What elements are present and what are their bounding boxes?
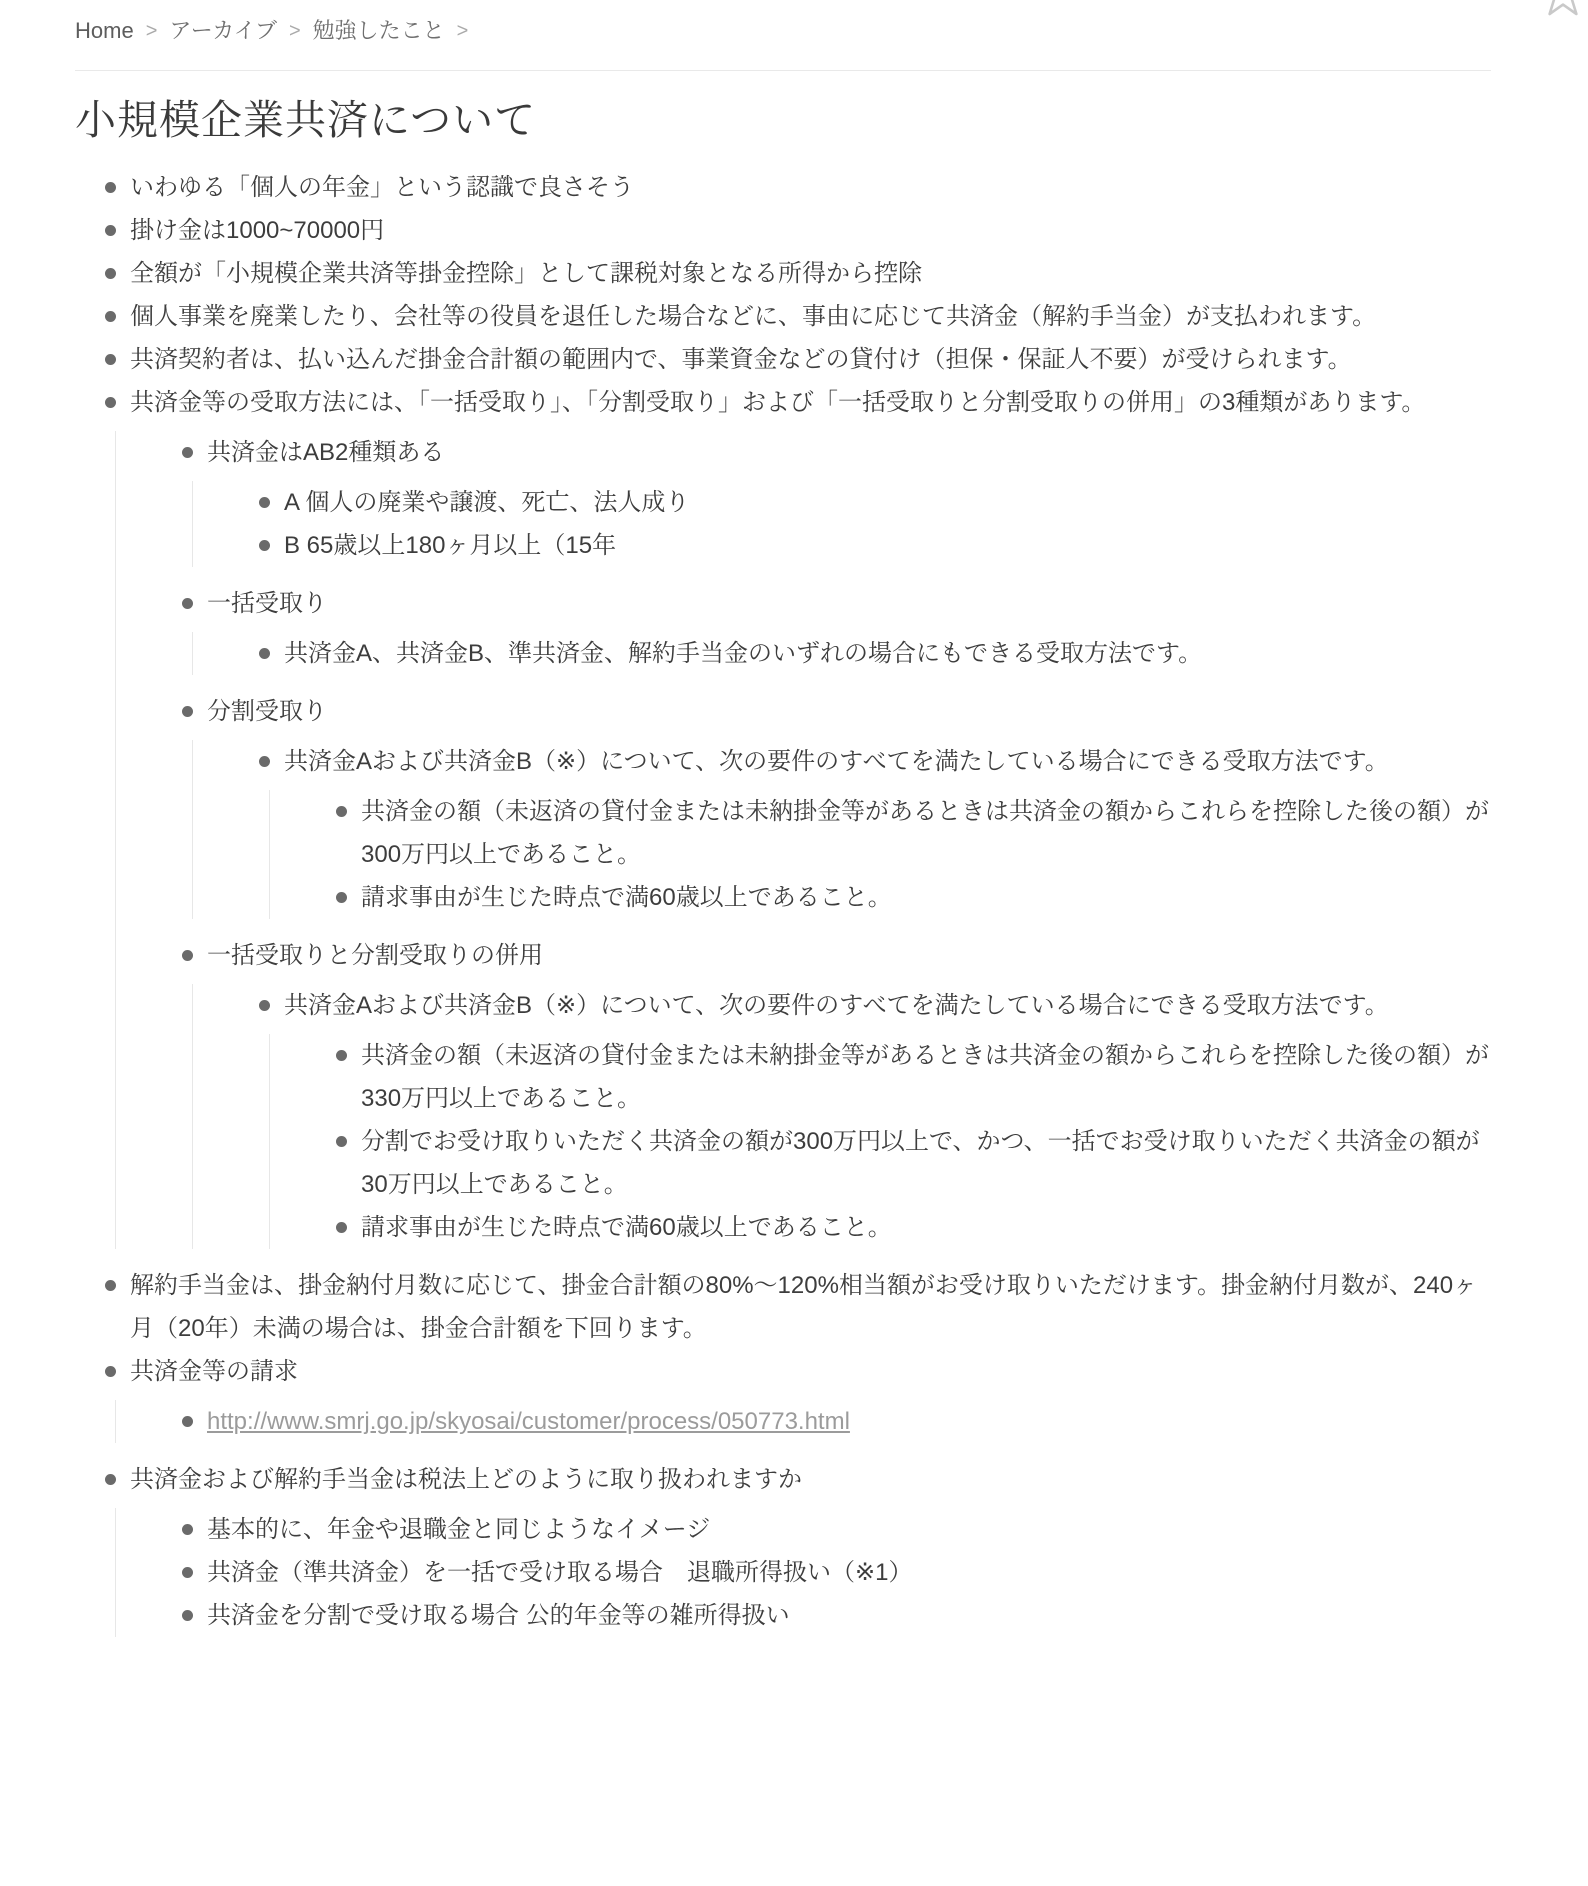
list-item: 掛け金は1000~70000円: [105, 209, 1491, 252]
list-item: http://www.smrj.go.jp/skyosai/customer/p…: [182, 1400, 1491, 1443]
breadcrumb-item-home[interactable]: Home: [75, 18, 134, 44]
list-item-text: 共済金の額（未返済の貸付金または未納掛金等があるときは共済金の額からこれらを控除…: [361, 1042, 1489, 1112]
list-item-text: 共済金A、共済金B、準共済金、解約手当金のいずれの場合にもできる受取方法です。: [284, 640, 1202, 667]
outline-sublist: 共済金A、共済金B、準共済金、解約手当金のいずれの場合にもできる受取方法です。: [192, 632, 1491, 675]
list-item: 分割受取り 共済金Aおよび共済金B（※）について、次の要件のすべてを満たしている…: [182, 690, 1491, 919]
list-item: 共済金の額（未返済の貸付金または未納掛金等があるときは共済金の額からこれらを控除…: [336, 1034, 1491, 1120]
list-item-text: 全額が「小規模企業共済等掛金控除」として課税対象となる所得から控除: [130, 260, 922, 287]
list-item: 共済金Aおよび共済金B（※）について、次の要件のすべてを満たしている場合にできる…: [259, 984, 1491, 1249]
bullet-icon: [259, 648, 270, 659]
list-item-text: 共済金および解約手当金は税法上どのように取り扱われますか: [130, 1466, 802, 1493]
list-item-text: 分割受取り: [207, 698, 327, 725]
bullet-icon: [182, 1610, 193, 1621]
bullet-icon: [336, 1222, 347, 1233]
bullet-icon: [105, 225, 116, 236]
breadcrumb-divider: [75, 70, 1491, 71]
bullet-icon: [105, 1474, 116, 1485]
list-item: 分割でお受け取りいただく共済金の額が300万円以上で、かつ、一括でお受け取りいた…: [336, 1120, 1491, 1206]
bullet-icon: [105, 182, 116, 193]
list-item-text: 共済金Aおよび共済金B（※）について、次の要件のすべてを満たしている場合にできる…: [284, 748, 1389, 775]
list-item-text: 個人事業を廃業したり、会社等の役員を退任した場合などに、事由に応じて共済金（解約…: [130, 303, 1376, 330]
bullet-icon: [182, 598, 193, 609]
list-item-text: 共済金はAB2種類ある: [207, 439, 444, 466]
list-item: 共済金等の請求 http://www.smrj.go.jp/skyosai/cu…: [105, 1350, 1491, 1443]
list-item-text: 共済金（準共済金）を一括で受け取る場合 退職所得扱い（※1）: [207, 1559, 912, 1586]
list-item-text: 共済金等の受取方法には、「一括受取り」、「分割受取り」および「一括受取りと分割受…: [130, 389, 1425, 416]
list-item: 共済金Aおよび共済金B（※）について、次の要件のすべてを満たしている場合にできる…: [259, 740, 1491, 919]
bullet-icon: [259, 497, 270, 508]
list-item: 一括受取りと分割受取りの併用 共済金Aおよび共済金B（※）について、次の要件のす…: [182, 934, 1491, 1249]
list-item-text: いわゆる「個人の年金」という認識で良さそう: [130, 174, 634, 201]
document-body: 小規模企業共済について いわゆる「個人の年金」という認識で良さそう 掛け金は10…: [0, 95, 1588, 1637]
bullet-icon: [105, 268, 116, 279]
list-item: 共済金等の受取方法には、「一括受取り」、「分割受取り」および「一括受取りと分割受…: [105, 381, 1491, 1249]
list-item: 共済金を分割で受け取る場合 公的年金等の雑所得扱い: [182, 1594, 1491, 1637]
outline-sublist: 共済金Aおよび共済金B（※）について、次の要件のすべてを満たしている場合にできる…: [192, 984, 1491, 1249]
list-item: 共済金および解約手当金は税法上どのように取り扱われますか 基本的に、年金や退職金…: [105, 1458, 1491, 1637]
bullet-icon: [182, 1567, 193, 1578]
bullet-icon: [182, 706, 193, 717]
list-item-text: 共済金を分割で受け取る場合 公的年金等の雑所得扱い: [207, 1602, 790, 1629]
breadcrumb: Home > アーカイブ > 勉強したこと >: [75, 18, 1491, 44]
list-item: 共済金の額（未返済の貸付金または未納掛金等があるときは共済金の額からこれらを控除…: [336, 790, 1491, 876]
note-page: { "colors": { "text": "#3d3d3d", "title"…: [0, 0, 1588, 1886]
list-item-text: 基本的に、年金や退職金と同じようなイメージ: [207, 1516, 710, 1543]
outline-sublist: 共済金の額（未返済の貸付金または未納掛金等があるときは共済金の額からこれらを控除…: [269, 790, 1491, 919]
bullet-icon: [182, 447, 193, 458]
outline-sublist: 基本的に、年金や退職金と同じようなイメージ 共済金（準共済金）を一括で受け取る場…: [115, 1508, 1491, 1637]
list-item: 基本的に、年金や退職金と同じようなイメージ: [182, 1508, 1491, 1551]
breadcrumb-item-studied[interactable]: 勉強したこと: [313, 18, 445, 44]
bullet-icon: [182, 1416, 193, 1427]
bullet-icon: [105, 397, 116, 408]
bullet-icon: [259, 756, 270, 767]
page-title: 小規模企業共済について: [75, 95, 1491, 146]
list-item: 共済契約者は、払い込んだ掛金合計額の範囲内で、事業資金などの貸付け（担保・保証人…: [105, 338, 1491, 381]
bullet-icon: [336, 806, 347, 817]
list-item-text: 共済金等の請求: [130, 1358, 298, 1385]
outline-sublist: A 個人の廃業や譲渡、死亡、法人成り B 65歳以上180ヶ月以上（15年: [192, 481, 1491, 567]
list-item-text: B 65歳以上180ヶ月以上（15年: [284, 532, 616, 559]
bullet-icon: [259, 1000, 270, 1011]
list-item: いわゆる「個人の年金」という認識で良さそう: [105, 166, 1491, 209]
list-item-text: 分割でお受け取りいただく共済金の額が300万円以上で、かつ、一括でお受け取りいた…: [361, 1128, 1480, 1198]
bullet-icon: [105, 1366, 116, 1377]
bullet-icon: [259, 540, 270, 551]
bullet-icon: [105, 1280, 116, 1291]
list-item: B 65歳以上180ヶ月以上（15年: [259, 524, 1491, 567]
breadcrumb-separator: >: [146, 18, 158, 44]
list-item-text: 請求事由が生じた時点で満60歳以上であること。: [361, 1214, 892, 1241]
list-item: A 個人の廃業や譲渡、死亡、法人成り: [259, 481, 1491, 524]
list-item-text: 掛け金は1000~70000円: [130, 217, 384, 244]
list-item-text: 共済金の額（未返済の貸付金または未納掛金等があるときは共済金の額からこれらを控除…: [361, 798, 1489, 868]
list-item-text: 請求事由が生じた時点で満60歳以上であること。: [361, 884, 892, 911]
breadcrumb-separator: >: [289, 18, 301, 44]
list-item: 全額が「小規模企業共済等掛金控除」として課税対象となる所得から控除: [105, 252, 1491, 295]
outline-sublist: 共済金Aおよび共済金B（※）について、次の要件のすべてを満たしている場合にできる…: [192, 740, 1491, 919]
breadcrumb-separator: >: [457, 18, 469, 44]
list-item: 解約手当金は、掛金納付月数に応じて、掛金合計額の80%〜120%相当額がお受け取…: [105, 1264, 1491, 1350]
bullet-icon: [336, 1136, 347, 1147]
list-item: 共済金（準共済金）を一括で受け取る場合 退職所得扱い（※1）: [182, 1551, 1491, 1594]
outline-sublist: http://www.smrj.go.jp/skyosai/customer/p…: [115, 1400, 1491, 1443]
bullet-icon: [182, 950, 193, 961]
list-item-text: 一括受取り: [207, 590, 327, 617]
breadcrumb-item-archive[interactable]: アーカイブ: [169, 18, 277, 44]
bullet-icon: [105, 354, 116, 365]
list-item-text: 一括受取りと分割受取りの併用: [207, 942, 543, 969]
bullet-icon: [336, 892, 347, 903]
list-item-text: 共済契約者は、払い込んだ掛金合計額の範囲内で、事業資金などの貸付け（担保・保証人…: [130, 346, 1352, 373]
list-item-text: 解約手当金は、掛金納付月数に応じて、掛金合計額の80%〜120%相当額がお受け取…: [130, 1272, 1477, 1342]
bullet-icon: [105, 311, 116, 322]
bullet-icon: [182, 1524, 193, 1535]
outline-sublist: 共済金はAB2種類ある A 個人の廃業や譲渡、死亡、法人成り B 65歳以上18…: [115, 431, 1491, 1249]
list-item: 請求事由が生じた時点で満60歳以上であること。: [336, 876, 1491, 919]
star-icon[interactable]: [1540, 0, 1586, 18]
list-item: 共済金はAB2種類ある A 個人の廃業や譲渡、死亡、法人成り B 65歳以上18…: [182, 431, 1491, 567]
list-item-text: A 個人の廃業や譲渡、死亡、法人成り: [284, 489, 689, 516]
outline-list: いわゆる「個人の年金」という認識で良さそう 掛け金は1000~70000円 全額…: [75, 166, 1491, 1637]
topbar: Home > アーカイブ > 勉強したこと >: [0, 0, 1588, 44]
list-item: 一括受取り 共済金A、共済金B、準共済金、解約手当金のいずれの場合にもできる受取…: [182, 582, 1491, 675]
list-item-text: 共済金Aおよび共済金B（※）について、次の要件のすべてを満たしている場合にできる…: [284, 992, 1389, 1019]
list-item: 個人事業を廃業したり、会社等の役員を退任した場合などに、事由に応じて共済金（解約…: [105, 295, 1491, 338]
smrj-process-link[interactable]: http://www.smrj.go.jp/skyosai/customer/p…: [207, 1408, 850, 1435]
outline-sublist: 共済金の額（未返済の貸付金または未納掛金等があるときは共済金の額からこれらを控除…: [269, 1034, 1491, 1249]
bullet-icon: [336, 1050, 347, 1061]
list-item: 請求事由が生じた時点で満60歳以上であること。: [336, 1206, 1491, 1249]
list-item: 共済金A、共済金B、準共済金、解約手当金のいずれの場合にもできる受取方法です。: [259, 632, 1491, 675]
